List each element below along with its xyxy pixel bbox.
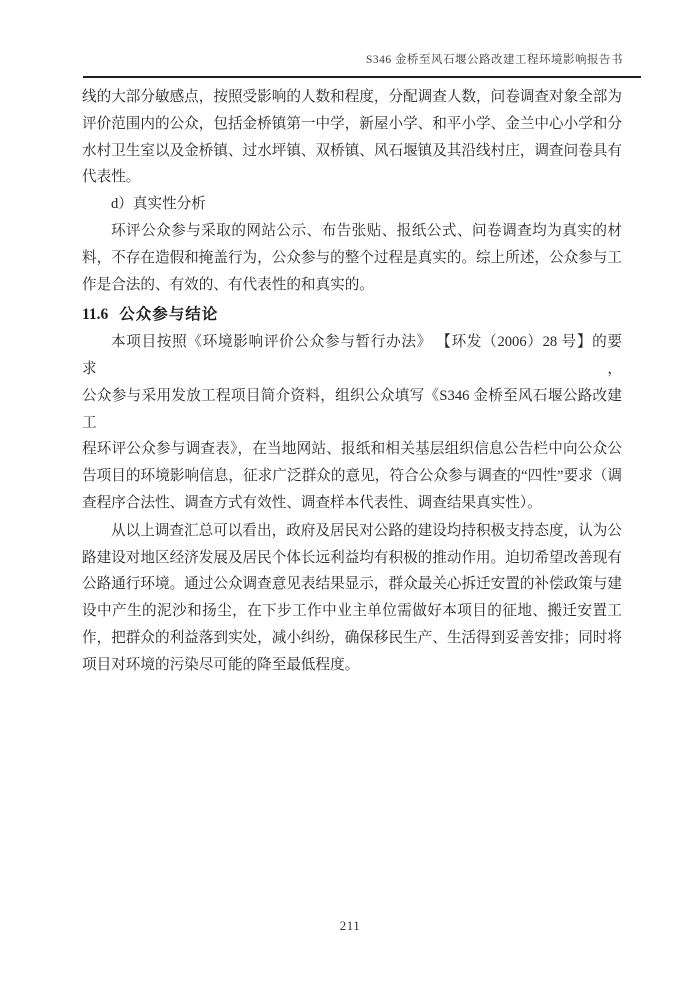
section-title: 公众参与结论 (119, 306, 218, 323)
text-line: 水村卫生室以及金桥镇、过水坪镇、双桥镇、风石堰镇及其沿线村庄，调查问卷具有 (82, 138, 622, 165)
paragraph: 从以上调查汇总可以看出，政府及居民对公路的建设均持积极支持态度，认为公 路建设对… (82, 518, 622, 679)
document-body: 线的大部分敏感点，按照受影响的人数和程度，分配调查人数，问卷调查对象全部为 评价… (82, 84, 622, 679)
text-line: d）真实性分析 (82, 191, 622, 218)
text-line: 环评公众参与采取的网站公示、布告张贴、报纸公式、问卷调查均为真实的材 (82, 218, 622, 245)
text-line: 项目对环境的污染尽可能的降至最低程度。 (82, 652, 622, 679)
page-number-value: 211 (340, 918, 361, 933)
text-line: 公众参与采用发放工程项目简介资料，组织公众填写《S346 金桥至风石堰公路改建工 (82, 383, 622, 437)
section-heading: 11.6公众参与结论 (82, 302, 622, 329)
text-line: 评价范围内的公众，包括金桥镇第一中学，新屋小学、和平小学、金兰中心小学和分 (82, 111, 622, 138)
section-number: 11.6 (82, 306, 108, 323)
paragraph: d）真实性分析 (82, 191, 622, 218)
header-rule (83, 76, 641, 78)
text-line: 线的大部分敏感点，按照受影响的人数和程度，分配调查人数，问卷调查对象全部为 (82, 84, 622, 111)
text-line: 程环评公众参与调查表》，在当地网站、报纸和相关基层组织信息公告栏中向公众公 (82, 436, 622, 463)
page-header-title: S346 金桥至风石堰公路改建工程环境影响报告书 (83, 51, 623, 67)
text-line: 告项目的环境影响信息，征求广泛群众的意见，符合公众参与调查的“四性”要求（调 (82, 463, 622, 490)
paragraph: 线的大部分敏感点，按照受影响的人数和程度，分配调查人数，问卷调查对象全部为 评价… (82, 84, 622, 191)
text-line: 公路通行环境。通过公众调查意见表结果显示，群众最关心拆迁安置的补偿政策与建 (82, 571, 622, 598)
paragraph: 环评公众参与采取的网站公示、布告张贴、报纸公式、问卷调查均为真实的材 料，不存在… (82, 218, 622, 298)
document-page: S346 金桥至风石堰公路改建工程环境影响报告书 线的大部分敏感点，按照受影响的… (0, 0, 700, 990)
text-line: 本项目按照《环境影响评价公众参与暂行办法》 【环发（2006）28 号】的要求， (82, 329, 622, 383)
text-line: 代表性。 (82, 164, 622, 191)
text-line: 设中产生的泥沙和扬尘，在下步工作中业主单位需做好本项目的征地、搬迁安置工 (82, 598, 622, 625)
text-line: 查程序合法性、调查方式有效性、调查样本代表性、调查结果真实性）。 (82, 490, 622, 517)
text-line: 从以上调查汇总可以看出，政府及居民对公路的建设均持积极支持态度，认为公 (82, 518, 622, 545)
page-number: 211 (0, 918, 700, 934)
text-line: 作是合法的、有效的、有代表性的和真实的。 (82, 272, 622, 299)
paragraph: 本项目按照《环境影响评价公众参与暂行办法》 【环发（2006）28 号】的要求，… (82, 329, 622, 517)
text-line: 作，把群众的利益落到实处，减小纠纷，确保移民生产、生活得到妥善安排；同时将 (82, 625, 622, 652)
text-line: 路建设对地区经济发展及居民个体长远利益均有积极的推动作用。迫切希望改善现有 (82, 545, 622, 572)
text-line: 料，不存在造假和掩盖行为，公众参与的整个过程是真实的。综上所述，公众参与工 (82, 245, 622, 272)
